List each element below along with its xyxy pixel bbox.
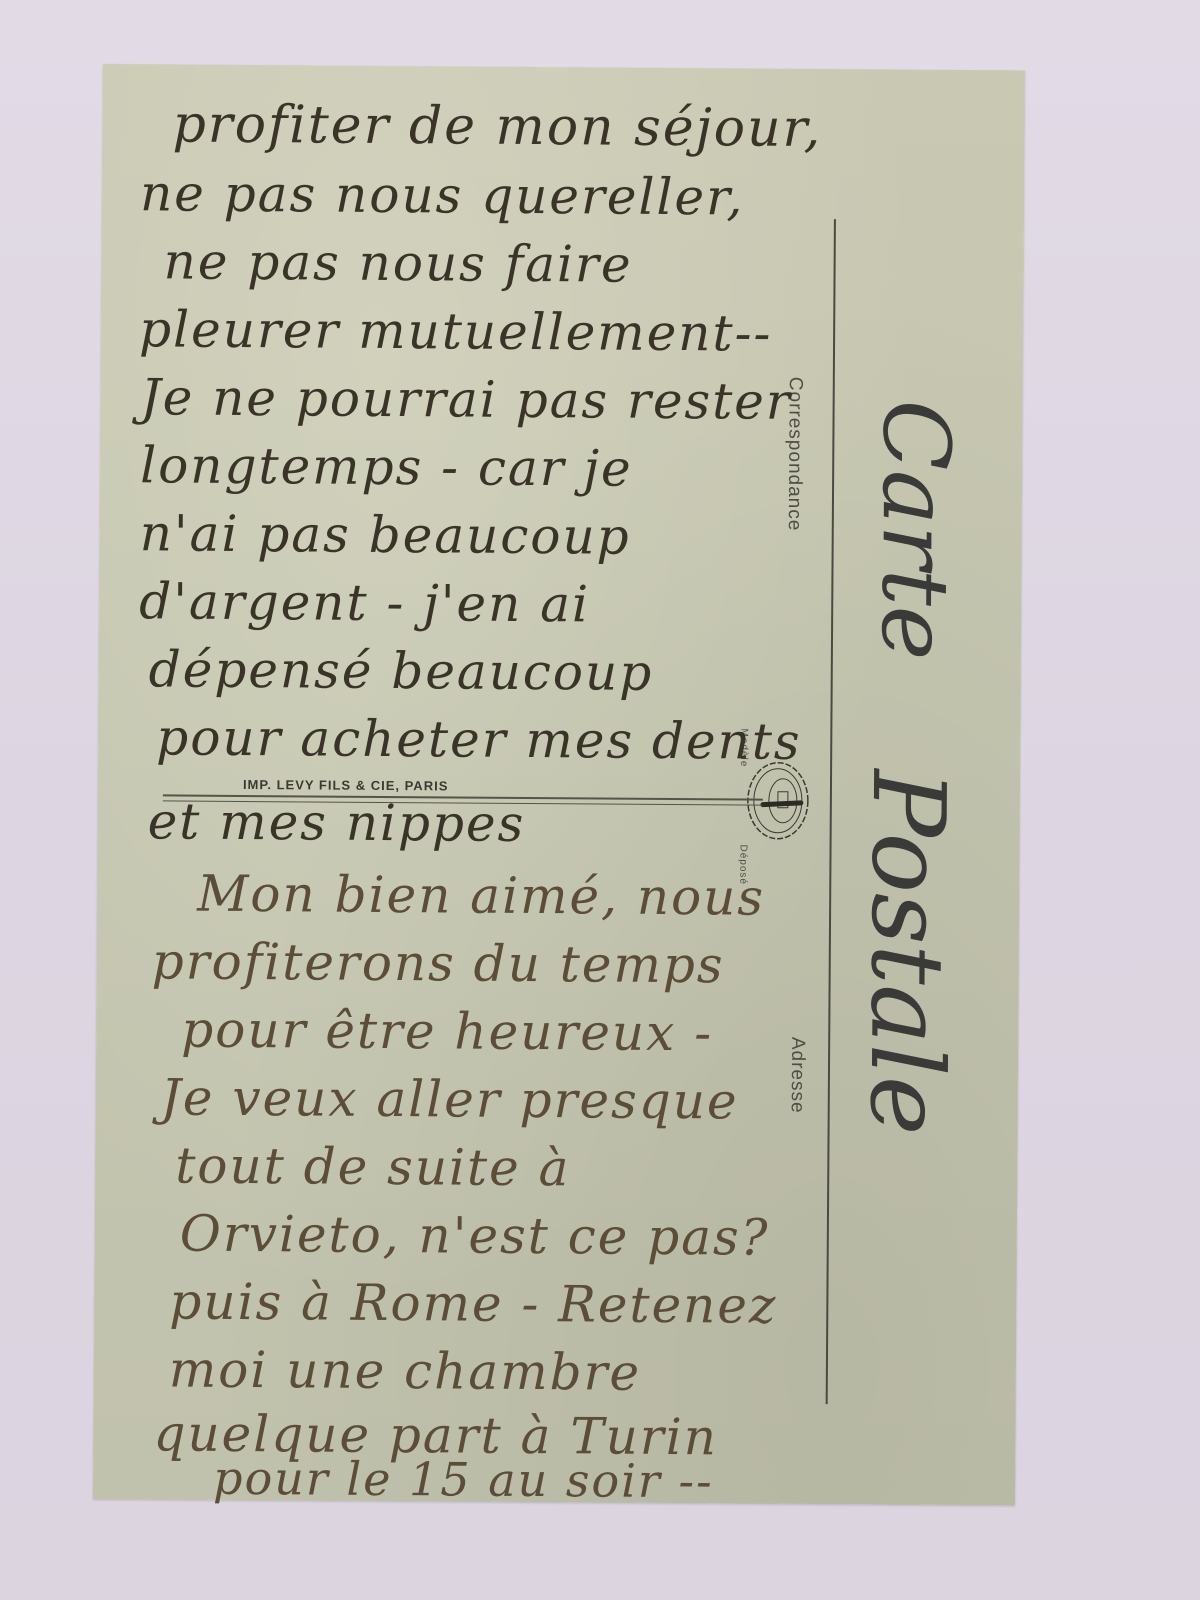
message-line: ne pas nous quereller, [140, 164, 745, 226]
message-line: pour être heureux - [181, 1001, 713, 1063]
message-line: moi une chambre [169, 1340, 642, 1401]
handwritten-message: profiter de mon séjour, ne pas nous quer… [93, 64, 1025, 1505]
message-line: profiterons du temps [152, 932, 725, 994]
postcard-back: Correspondance Adresse Modèle Déposé IMP… [93, 64, 1025, 1505]
message-line: pour acheter mes dents [156, 708, 802, 771]
message-line: Je ne pourrai pas rester [140, 368, 792, 431]
message-line: ne pas nous faire [163, 232, 632, 293]
message-line: dépensé beaucoup [149, 640, 654, 702]
message-line: Je veux aller presque [161, 1068, 739, 1130]
message-line: n'ai pas beaucoup [140, 504, 631, 565]
message-line: Mon bien aimé, nous [197, 865, 765, 927]
message-line: tout de suite à [175, 1137, 571, 1198]
message-line: pour le 15 au soir -- [213, 1451, 714, 1508]
message-line: d'argent - j'en ai [139, 572, 590, 633]
message-line: profiter de mon séjour, [172, 94, 822, 159]
message-line: Orvieto, n'est ce pas? [180, 1205, 770, 1267]
message-line: puis à Rome - Retenez [169, 1272, 777, 1334]
message-line: pleurer mutuellement-- [139, 300, 773, 362]
message-line: longtemps - car je [140, 436, 633, 497]
message-line: et mes nippes [148, 792, 526, 853]
